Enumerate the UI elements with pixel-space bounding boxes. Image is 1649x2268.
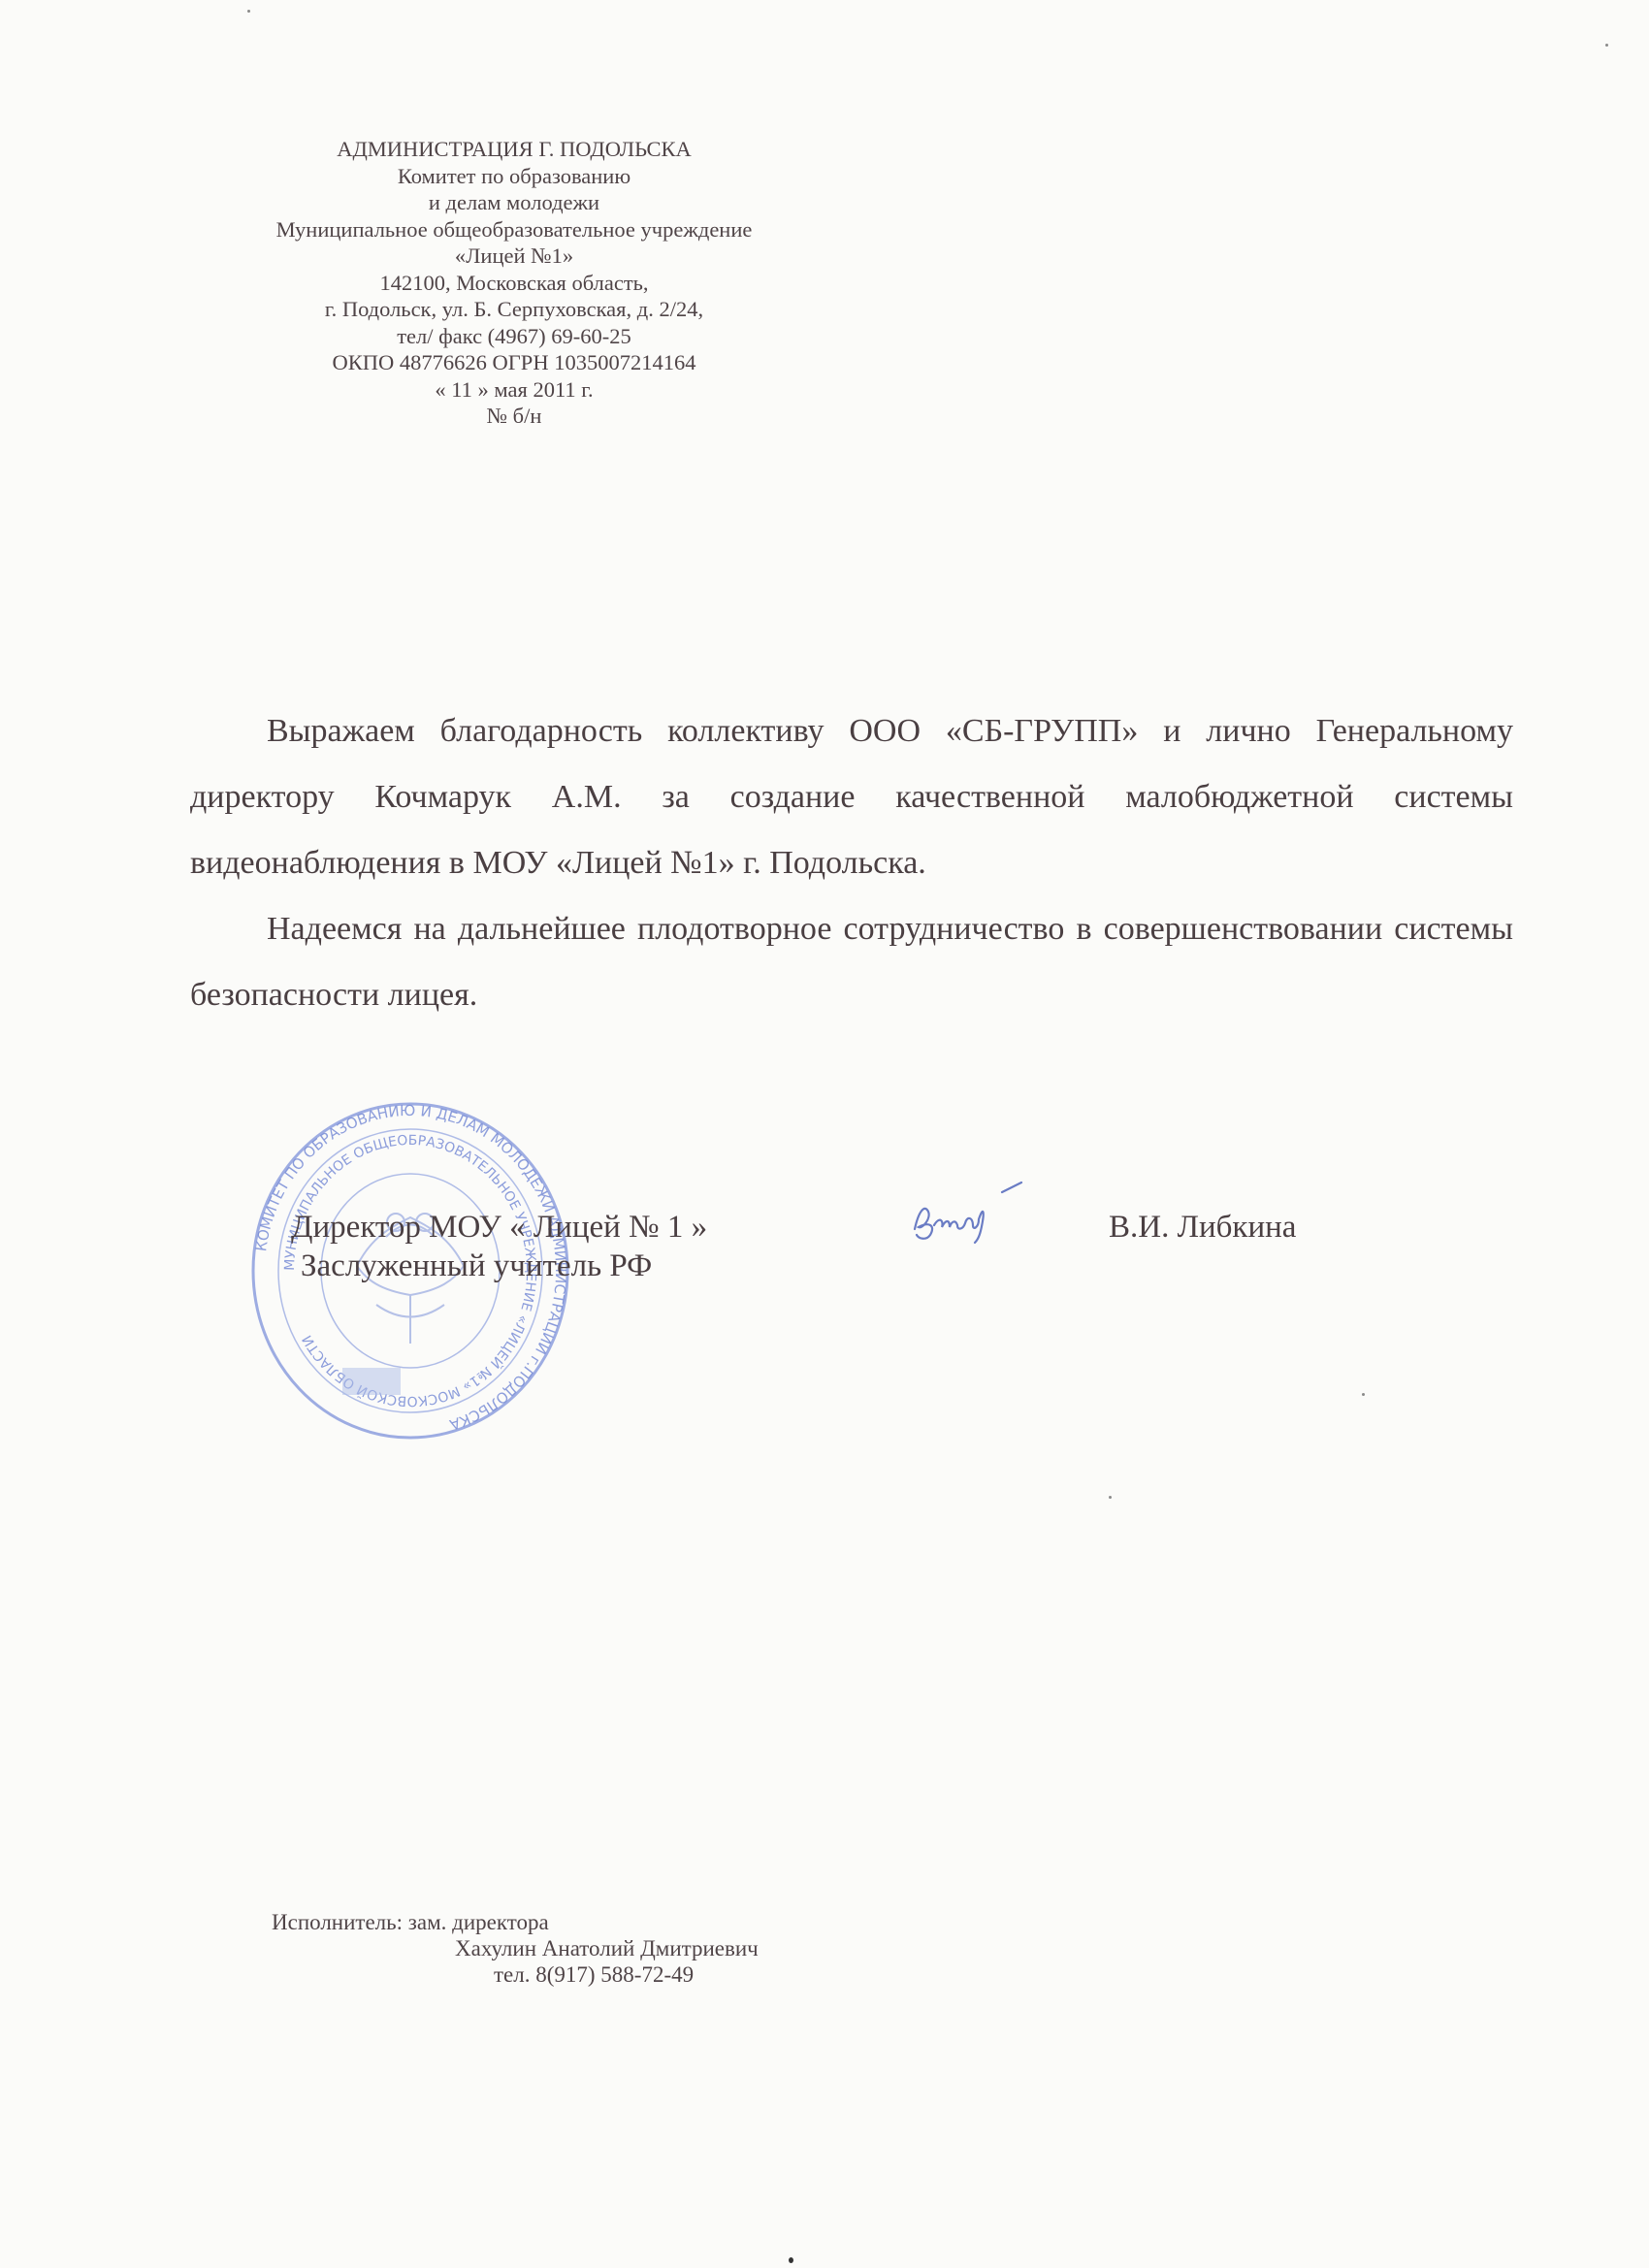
scan-speck <box>247 10 250 13</box>
executor-label: Исполнитель: зам. директора <box>272 1909 759 1935</box>
scan-speck <box>1605 44 1608 47</box>
handwritten-signature-icon <box>907 1179 1033 1256</box>
letterhead-administration: АДМИНИСТРАЦИЯ Г. ПОДОЛЬСКА <box>223 136 805 163</box>
executor-name: Хахулин Анатолий Дмитриевич <box>272 1935 759 1961</box>
cooperation-paragraph: Надеемся на дальнейшее плодотворное сотр… <box>190 896 1513 1028</box>
director-honorary-title: Заслуженный учитель РФ <box>291 1247 707 1285</box>
scan-speck <box>789 2257 793 2263</box>
scan-speck <box>1109 1496 1112 1499</box>
letterhead-codes: ОКПО 48776626 ОГРН 1035007214164 <box>223 349 805 376</box>
letterhead-address-1: 142100, Московская область, <box>223 270 805 297</box>
letterhead: АДМИНИСТРАЦИЯ Г. ПОДОЛЬСКА Комитет по об… <box>223 136 805 430</box>
letter-body: Выражаем благодарность коллективу ООО «С… <box>190 698 1513 1028</box>
letter-date: « 11 » мая 2011 г. <box>223 376 805 404</box>
director-position: Директор МОУ « Лицей № 1 » <box>291 1208 707 1247</box>
letterhead-institution: Муниципальное общеобразовательное учрежд… <box>223 216 805 243</box>
executor-phone: тел. 8(917) 588-72-49 <box>272 1961 759 1988</box>
scan-speck <box>1362 1393 1365 1396</box>
letterhead-committee-2: и делам молодежи <box>223 189 805 216</box>
letterhead-address-2: г. Подольск, ул. Б. Серпуховская, д. 2/2… <box>223 296 805 323</box>
director-name: В.И. Либкина <box>1109 1210 1296 1246</box>
executor-block: Исполнитель: зам. директора Хахулин Анат… <box>272 1909 759 1988</box>
director-signature-block: Директор МОУ « Лицей № 1 » Заслуженный у… <box>291 1208 707 1285</box>
gratitude-paragraph: Выражаем благодарность коллективу ООО «С… <box>190 698 1513 896</box>
letterhead-school-name: «Лицей №1» <box>223 243 805 270</box>
letterhead-phone: тел/ факс (4967) 69-60-25 <box>223 323 805 350</box>
letter-number: № б/н <box>223 403 805 430</box>
letterhead-committee: Комитет по образованию <box>223 163 805 190</box>
